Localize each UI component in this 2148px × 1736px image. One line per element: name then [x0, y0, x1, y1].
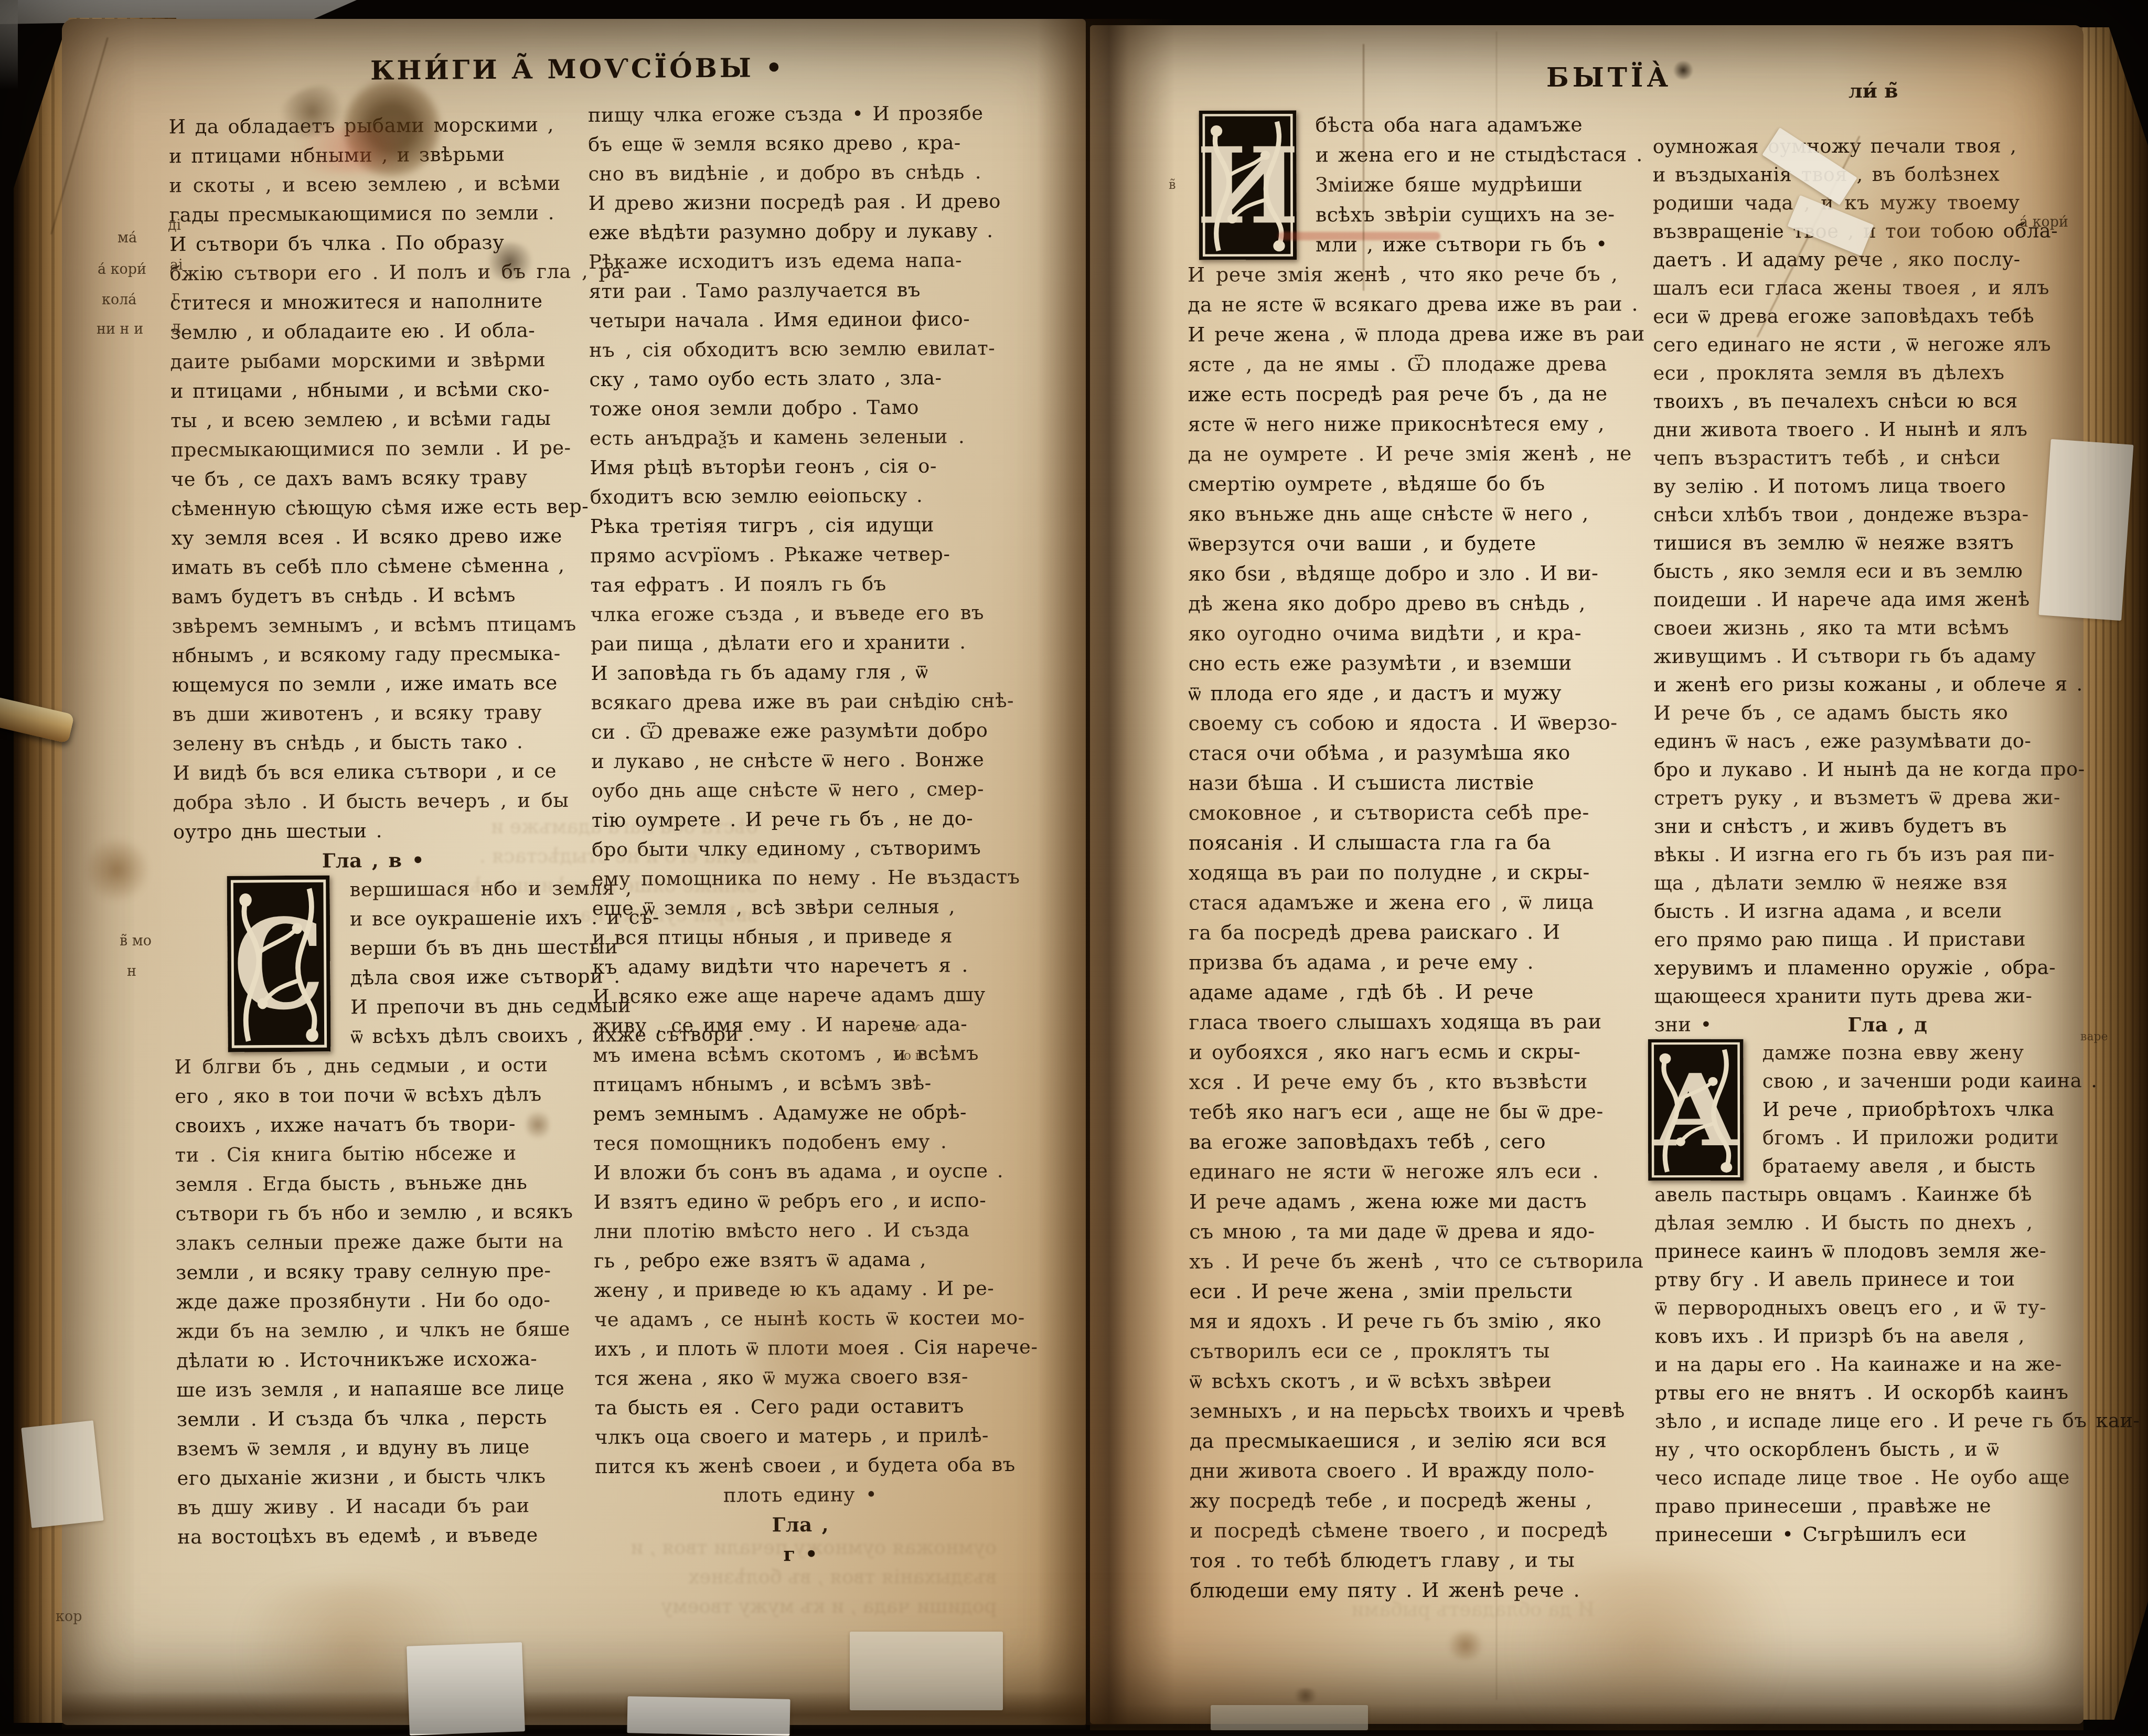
text-line: еже вѣдѣти разумно добру и лукаву .	[589, 216, 999, 248]
text-line: и вся птицы нбныя , и приведе я	[592, 921, 1002, 953]
text-line: зѣло , и испаде лице его . И рече гь бъ …	[1655, 1407, 2076, 1435]
text-fragment: зни •	[1654, 1014, 1712, 1036]
text-line: и въздыханія твоя , въ болѣзнех	[1653, 160, 2074, 189]
text-line: Рѣка третіяя тигръ , сія идущи	[590, 510, 1000, 541]
text-line: бысть , яко земля еси и въ землю	[1653, 557, 2074, 585]
text-line: Гла , в •	[173, 845, 573, 877]
text-line: на востоцѣхъ въ едемѣ , и въведе	[177, 1520, 577, 1552]
svg-text:И: И	[1199, 124, 1297, 248]
text-line: Имя рѣцѣ въторѣи геонъ , сія о-	[590, 451, 1000, 483]
text-line: иже есть посредѣ рая рече бъ , да не	[1188, 379, 1610, 409]
text-line: принесе каинъ ѿ плодовъ земля же-	[1654, 1237, 2075, 1265]
old-book-photo: бѣста оба нага адамъже и жена его и не с…	[0, 0, 2148, 1734]
text-line: И рече бъ , се адамъ бысть яко	[1654, 698, 2075, 727]
text-line: стретъ руку , и възметъ ѿ древа жи-	[1654, 783, 2075, 812]
text-line: живущимъ . И сътвори гь бъ адаму	[1653, 642, 2074, 670]
text-line: даите рыбами морскими и звѣрми	[170, 345, 570, 377]
text-line: хъ . И рече бъ женѣ , что се сътворила	[1189, 1246, 1612, 1276]
text-line: тебѣ яко нагъ еси , аще не бы ѿ дре-	[1189, 1096, 1612, 1127]
text-line: призва бъ адама , и рече ему .	[1189, 947, 1611, 977]
text-line: сно въ видѣніе , и добро въ снѣдь .	[588, 157, 998, 189]
text-line: теся помощникъ подобенъ ему .	[593, 1127, 1003, 1158]
text-line: сѣменную сѣющую сѣмя иже есть вер-	[171, 492, 571, 524]
svg-text:С: С	[232, 891, 325, 1037]
text-line: и птицами , нбными , и всѣми ско-	[170, 375, 570, 407]
marginal-note: г	[172, 289, 179, 305]
text-line: авель пастырь овцамъ . Каинже бѣ	[1654, 1180, 2075, 1209]
text-line: еси , проклята земля въ дѣлехъ	[1653, 358, 2074, 387]
text-line: его дыханіе жизни , и бысть члкъ	[177, 1462, 576, 1494]
marginal-note: мо пі	[894, 1048, 927, 1063]
text-line: и женѣ его ризы кожаны , и облече я .	[1653, 670, 2074, 699]
text-line: жену , и приведе ю къ адаму . И ре-	[594, 1274, 1004, 1305]
text-line: жди бъ на землю , и члкъ не бяше	[176, 1315, 576, 1347]
text-line: добра зѣло . И бысть вечеръ , и бы	[173, 786, 572, 818]
text-line: еси . И рече жена , зміи прельсти	[1189, 1276, 1612, 1306]
text-line: ясте , да не ямы . Ѿ плодаже древа	[1188, 349, 1610, 379]
text-line: чепъ възраститъ тебѣ , и снѣси	[1653, 443, 2074, 472]
marginal-note: аі	[170, 257, 183, 273]
text-line: ковъ ихъ . И призрѣ бъ на авеля ,	[1655, 1322, 2076, 1350]
text-line: ему помощника по нему . Не въздастъ	[592, 862, 1002, 894]
marginal-note: д	[172, 319, 181, 335]
text-line: чесо испаде лице твое . Не оубо аще	[1655, 1463, 2076, 1492]
text-line: ху земля всея . И всяко древо иже	[171, 521, 571, 553]
text-line: сътворилъ еси се , проклятъ ты	[1190, 1336, 1612, 1366]
text-line: оубо днь аще снѣсте ѿ него , смер-	[591, 774, 1001, 806]
text-line: и скоты , и всею землею , и всѣми	[169, 169, 569, 201]
text-line: оутро днь шестыи .	[173, 815, 573, 847]
text-line: тоже оноя земли добро . Тамо	[590, 392, 1000, 424]
text-line: родиши чада , и къ мужу твоему	[1653, 188, 2074, 217]
text-line: земля . Егда бысть , въньже днь	[175, 1168, 575, 1200]
text-line: зелену въ снѣдь , и бысть тако .	[173, 727, 572, 759]
text-line: снѣси хлѣбъ твои , дондеже възра-	[1653, 500, 2074, 529]
book-gutter-shadow	[1038, 19, 1175, 1725]
text-line: принесеши • Съгрѣшилъ еси	[1655, 1520, 2076, 1549]
text-line: гь , ребро еже взятъ ѿ адама ,	[594, 1244, 1004, 1276]
text-line: тишися въ землю ѿ неяже взятъ	[1653, 528, 2074, 557]
text-line: жу посредѣ тебе , и посредѣ жены ,	[1190, 1485, 1612, 1516]
text-line: яко въньже днь аще снѣсте ѿ него ,	[1188, 498, 1611, 529]
text-line: ну , что оскорбленъ бысть , и ѿ	[1655, 1435, 2076, 1464]
text-line: ѿ плода его яде , и дастъ и мужу	[1188, 678, 1611, 708]
text-line: смоковное , и сътвориста себѣ пре-	[1189, 797, 1611, 828]
text-line: дѣлати ю . Источникъже исхожа-	[176, 1344, 576, 1376]
text-line: тся жена , яко ѿ мужа своего взя-	[594, 1362, 1004, 1393]
text-line: да не оумрете . И рече змія женѣ , не	[1188, 439, 1611, 469]
text-line: имать въ себѣ пло сѣмене сѣменна ,	[172, 551, 571, 583]
text-column-2: пищу члка егоже създа • И прозябебъ еще …	[588, 99, 1006, 1570]
text-line: сего единаго не ясти , ѿ негоже ялъ	[1653, 330, 2074, 359]
text-line: Гла ,	[595, 1509, 1006, 1540]
text-line: смертію оумрете , вѣдяше бо бъ	[1188, 468, 1611, 499]
text-line: мъ имена всѣмъ скотомъ , и всѣмъ	[593, 1039, 1003, 1070]
text-line: есть анъдраѯъ и камень зеленыи .	[590, 422, 1000, 453]
text-line: птицамъ нбнымъ , и всѣмъ звѣ-	[593, 1068, 1003, 1100]
text-line: его прямо раю пища . И пристави	[1654, 925, 2075, 954]
text-line: твоихъ , въ печалехъ снѣси ю вся	[1653, 387, 2074, 416]
text-line: бро и лукаво . И нынѣ да не когда про-	[1654, 755, 2075, 784]
text-line: и на дары его . На каинаже и на же-	[1655, 1350, 2076, 1379]
text-line: злакъ селныи преже даже быти на	[176, 1227, 575, 1259]
text-line: дѣлая землю . И бысть по днехъ ,	[1654, 1208, 2075, 1237]
text-line: да не ясте ѿ всякаго древа иже въ раи .	[1188, 289, 1610, 319]
text-line: И блгви бъ , днь седмыи , и ости	[175, 1050, 574, 1082]
text-line: бходитъ всю землю еѳіопьску .	[590, 481, 1000, 512]
chapter-heading: Гла , д	[1847, 1010, 1927, 1039]
text-line: и лукаво , не снѣсте ѿ него . Вонже	[591, 745, 1001, 776]
text-line: вземъ ѿ земля , и вдуну въ лице	[177, 1432, 576, 1464]
text-line: яко бѕи , вѣдяще добро и зло . И ви-	[1188, 558, 1611, 589]
text-line: ремъ земнымъ . Адамуже не обрѣ-	[593, 1098, 1003, 1129]
text-line: шалъ еси гласа жены твоея , и ялъ	[1653, 273, 2074, 302]
running-title-left: КНИ́ГИ А̃ МОѴСЇО́ВЫ •	[370, 52, 769, 86]
text-line: ѿ первородныхъ овецъ его , и ѿ ту-	[1655, 1293, 2076, 1322]
ornamental-initial-И: И	[1199, 110, 1297, 260]
text-line: ву зелію . И потомъ лица твоего	[1653, 472, 2074, 500]
text-line: своеи жизнь , яко та мти всѣмъ	[1653, 613, 2074, 642]
text-line: бысть . И изгна адама , и всели	[1654, 897, 2075, 925]
text-line: яти раи . Тамо разлучается въ	[589, 275, 999, 306]
running-title-right: БЫТЇА̀	[1546, 62, 1672, 93]
text-line: ющемуся по земли , иже имать все	[172, 668, 572, 700]
text-line: ясте ѿ него ниже прикоснѣтеся ему ,	[1188, 409, 1611, 439]
marginal-note: н	[127, 963, 136, 979]
text-line: И всяко еже аще нарече адамъ дшу	[592, 980, 1002, 1011]
text-line: раи пища , дѣлати его и хранити .	[591, 627, 1001, 659]
text-line: своихъ , ихже начатъ бъ твори-	[175, 1109, 574, 1141]
text-column-1: И да обладаетъ рыбами морскими ,и птицам…	[169, 110, 578, 1552]
text-line: земли , и всяку траву селную пре-	[176, 1256, 575, 1288]
text-line: пится къ женѣ своеи , и будета оба въ	[595, 1450, 1005, 1482]
text-line: И да обладаетъ рыбами морскими ,	[169, 110, 569, 142]
text-line: ѿ всѣхъ скотъ , и ѿ всѣхъ звѣреи	[1190, 1366, 1612, 1396]
text-line: лни плотію вмѣсто него . И създа	[594, 1215, 1004, 1247]
text-line: тая ефратъ . И поялъ гь бъ	[590, 569, 1000, 600]
text-line: че бъ , се дахъ вамъ всяку траву	[171, 463, 571, 495]
text-line: га ба посредѣ древа раискаго . И	[1189, 917, 1611, 947]
text-line: оумножая оумножу печали твоя ,	[1653, 132, 2074, 161]
text-line: възвращеніе твое , и тои тобою обла-	[1653, 217, 2074, 246]
text-line: бро быти члку единому , сътворимъ	[592, 833, 1002, 865]
ornamental-initial-С: С	[227, 876, 331, 1052]
text-line: единъ ѿ насъ , еже разумѣвати до-	[1654, 727, 2075, 755]
text-line: стася очи обѣма , и разумѣша яко	[1189, 738, 1611, 768]
text-line: дѣ жена яко добро древо въ снѣдь ,	[1188, 588, 1611, 619]
text-line: право принесеши , правѣже не	[1655, 1492, 2076, 1520]
marginal-note: а́ кори́	[98, 261, 146, 278]
text-line: пищу члка егоже създа • И прозябе	[588, 99, 998, 130]
text-line: тію оумрете . И рече гь бъ , не до-	[592, 804, 1002, 835]
text-line: вамъ будетъ въ снѣдь . И всѣмъ	[172, 580, 571, 612]
text-line: тоя . то тебѣ блюдетъ главу , и ты	[1190, 1545, 1612, 1575]
text-line: И заповѣда гь бъ адаму гля , ѿ	[591, 657, 1001, 688]
text-line: живу , се имя ему . И нарече ада-	[593, 1009, 1003, 1041]
text-line: Рѣкаже исходитъ изъ едема напа-	[589, 246, 999, 277]
marginal-note: в̃ мо	[120, 933, 152, 949]
text-line: ти . Сія книга бытію нбсеже и	[175, 1138, 575, 1170]
text-line: бъ еще ѿ земля всяко древо , кра-	[588, 128, 998, 159]
text-line: поясанія . И слышаста гла га ба	[1189, 827, 1611, 858]
text-line: съ мною , та ми даде ѿ древа и ядо-	[1189, 1216, 1612, 1247]
text-line: да пресмыкаешися , и зелію яси вся	[1190, 1425, 1612, 1456]
text-line: и птицами нбными , и звѣрьми	[169, 140, 569, 172]
text-line: мя и ядохъ . И рече гь бъ змію , яко	[1189, 1306, 1612, 1336]
text-line: И рече адамъ , жена юже ми дастъ	[1189, 1186, 1612, 1217]
text-line: и посредѣ сѣмене твоего , и посредѣ	[1190, 1515, 1612, 1546]
text-line: четыри начала . Имя единои фисо-	[589, 304, 999, 336]
text-line: че адамъ , се нынѣ кость ѿ костеи мо-	[594, 1303, 1004, 1335]
text-line: бжію сътвори его . И полъ и бъ гла , ра-	[169, 257, 569, 289]
text-line: ихъ , и плоть ѿ плоти моея . Сія нарече-	[594, 1333, 1004, 1364]
text-line: прямо асѵрїомъ . Рѣкаже четвер-	[590, 539, 1000, 571]
text-line: херувимъ и пламенно оружіе , обра-	[1654, 953, 2075, 982]
text-line: гласа твоего слышахъ ходяща въ раи	[1189, 1007, 1611, 1037]
text-column-3: бѣста оба нага адамъжеи жена его и не ст…	[1188, 110, 1613, 1605]
marginal-note: ма́	[117, 230, 137, 246]
page-stack-fore-edge	[2073, 27, 2148, 1720]
marginal-note: кола́	[102, 292, 136, 308]
text-line: си . Ѿ древаже еже разумѣти добро	[591, 716, 1001, 747]
text-line: стася адамъже и жена его , ѿ лица	[1189, 887, 1611, 918]
text-line: ходяща въ раи по полудне , и скры-	[1189, 857, 1611, 888]
text-line: ща , дѣлати землю ѿ неяже взя	[1654, 868, 2075, 897]
marginal-note: ни н и	[97, 321, 143, 337]
text-line: единаго не ясти ѿ негоже ялъ еси .	[1189, 1156, 1612, 1187]
text-line: его , яко в тои почи ѿ всѣхъ дѣлъ	[175, 1080, 574, 1112]
text-line: жде даже прозябнути . Ни бо одо-	[176, 1285, 575, 1317]
marginal-note: варе	[2080, 1030, 2108, 1043]
text-line: члка егоже създа , и въведе его въ	[591, 598, 1001, 630]
text-line: щающееся хранити путь древа жи-	[1654, 982, 2075, 1010]
text-line: ртву бгу . И авель принесе и тои	[1654, 1265, 2075, 1294]
text-line: гады пресмыкающимися по земли .	[169, 198, 569, 230]
text-line: И рече змія женѣ , что яко рече бъ ,	[1188, 259, 1610, 290]
text-line: еси ѿ древа егоже заповѣдахъ тебѣ	[1653, 302, 2074, 331]
text-line: И вложи бъ сонъ въ адама , и оуспе .	[593, 1156, 1003, 1188]
text-line: въ дшу живу . И насади бъ раи	[177, 1491, 577, 1523]
text-line: хся . И рече ему бъ , кто възвѣсти	[1189, 1067, 1612, 1097]
text-line: поидеши . И нарече ада имя женѣ	[1653, 585, 2074, 614]
text-line: плоть едину •	[595, 1479, 1005, 1511]
text-line: даетъ . И адаму рече , яко послу-	[1653, 245, 2074, 274]
text-line: ты , и всею землею , и всѣми гады	[170, 404, 570, 436]
marginal-note: кор	[56, 1609, 82, 1625]
text-line: ртвы его не внятъ . И оскорбѣ каинъ	[1655, 1378, 2076, 1407]
text-line: своему съ собою и ядоста . И ѿверзо-	[1189, 708, 1611, 738]
text-line: ше изъ земля , и напаяше все лице	[176, 1373, 576, 1405]
text-line: въ дши животенъ , и всяку траву	[172, 698, 572, 730]
text-line: дни живота твоего . И нынѣ и ялъ	[1653, 415, 2074, 444]
text-line: И древо жизни посредѣ рая . И древо	[589, 187, 999, 218]
text-line: земли . И създа бъ члка , персть	[177, 1403, 576, 1435]
text-line: ѿверзутся очи ваши , и будете	[1188, 528, 1611, 559]
text-line: и оубояхся , яко нагъ есмь и скры-	[1189, 1037, 1612, 1067]
marginal-note: в̃	[1169, 177, 1176, 192]
text-line: ститеся и множитеся и наполните	[170, 286, 570, 318]
text-line: сно есть еже разумѣти , и вземши	[1188, 648, 1611, 678]
text-line: та бысть ея . Сего ради оставитъ	[595, 1391, 1005, 1423]
left-page-bottom-shading	[62, 1691, 1086, 1730]
text-line: земныхъ , и на перьсѣх твоихъ и чревѣ	[1190, 1396, 1612, 1426]
text-line: къ адаму видѣти что наречетъ я .	[592, 951, 1002, 982]
marginal-note: а́ кѵ	[892, 1020, 920, 1035]
text-line: адаме адаме , гдѣ бѣ . И рече	[1189, 977, 1611, 1007]
text-line: г •	[595, 1538, 1006, 1570]
text-line: пресмыкающимися по земли . И ре-	[170, 433, 570, 465]
text-line: звѣремъ земнымъ , и всѣмъ птицамъ	[172, 610, 571, 642]
right-page-bottom-shading	[1090, 1704, 2083, 1730]
text-line: ва егоже заповѣдахъ тебѣ , сего	[1189, 1126, 1612, 1157]
text-line: нъ , сія обходитъ всю землю евилат-	[589, 334, 999, 365]
table-background-edge	[0, 0, 18, 89]
text-line: И рече жена , ѿ плода древа иже въ раи	[1188, 319, 1610, 349]
text-column-4: оумножая оумножу печали твоя ,и въздыхан…	[1653, 132, 2076, 1549]
svg-text:А: А	[1652, 1052, 1739, 1169]
folio-number: ли́ в̃	[1848, 79, 1898, 102]
text-line: землю , и обладаите ею . И обла-	[170, 316, 570, 348]
text-line: нази бѣша . И съшиста листвіе	[1189, 768, 1611, 798]
text-line: вѣкы . И изгна его гь бъ изъ рая пи-	[1654, 840, 2075, 869]
text-line: И сътвори бъ члка . По образу	[169, 228, 569, 260]
marginal-note: а́ кори́	[2019, 214, 2068, 230]
text-line: нбнымъ , и всякому гаду пресмыка-	[172, 639, 572, 671]
ornamental-initial-А: А	[1648, 1039, 1744, 1180]
text-line: дни живота своего . И вражду поло-	[1190, 1455, 1612, 1486]
text-line: блюдеши ему пяту . И женѣ рече .	[1190, 1575, 1612, 1605]
text-line: зни и снѣстъ , и живъ будетъ въ	[1654, 812, 2075, 840]
text-line: И видѣ бъ вся елика сътвори , и се	[173, 757, 572, 789]
text-line: И взятъ едино ѿ ребръ его , и испо-	[594, 1186, 1004, 1217]
text-line: зни •Гла , д	[1654, 1010, 2075, 1039]
marginal-note: ді	[168, 217, 181, 233]
text-line: сътвори гь бъ нбо и землю , и всякъ	[175, 1197, 575, 1229]
text-line: всякаго древа иже въ раи снѣдію снѣ-	[591, 686, 1001, 718]
text-line: еще ѿ земля , всѣ звѣри селныя ,	[592, 892, 1002, 923]
text-line: члкъ оца своего и матерь , и прилѣ-	[595, 1421, 1005, 1452]
text-line: ску , тамо оубо есть злато , зла-	[589, 363, 999, 395]
text-line: яко оугодно очима видѣти , и кра-	[1188, 618, 1611, 648]
